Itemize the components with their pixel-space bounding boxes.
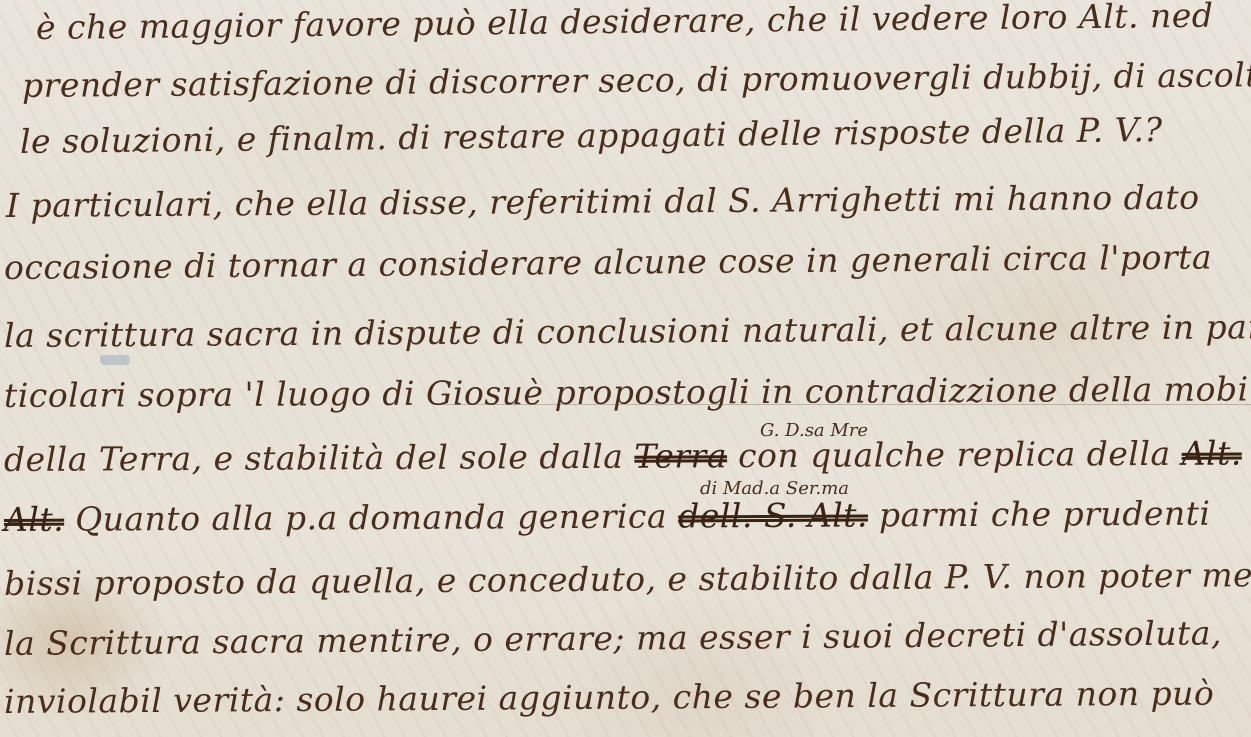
manuscript-line-11: la Scrittura sacra mentire, o errare; ma… bbox=[4, 613, 1222, 663]
struck-word: Alt. bbox=[1182, 434, 1242, 473]
paper-stain bbox=[100, 355, 130, 365]
manuscript-line-7: ticolari sopra 'l luogo di Giosuè propos… bbox=[4, 369, 1249, 415]
manuscript-line-8: della Terra, e stabilità del sole dalla … bbox=[4, 434, 1242, 479]
line8-text: della Terra, e stabilità del sole dalla bbox=[4, 437, 624, 479]
interlinear-insertion-1: G. D.sa Mre bbox=[760, 420, 868, 441]
struck-word: Terra bbox=[634, 436, 727, 475]
manuscript-line-5: occasione di tornar a considerare alcune… bbox=[4, 237, 1212, 287]
manuscript-line-6: la scrittura sacra in dispute di conclus… bbox=[4, 307, 1251, 355]
struck-word: Alt. bbox=[4, 500, 64, 539]
line9-text: Quanto alla p.a domanda generica bbox=[75, 497, 667, 539]
manuscript-line-1: è che maggior favore può ella desiderare… bbox=[36, 0, 1214, 47]
line9-tail: parmi che prudenti bbox=[879, 494, 1211, 535]
manuscript-line-2: prender satisfazione di discorrer seco, … bbox=[22, 55, 1251, 105]
manuscript-page: è che maggior favore può ella desiderare… bbox=[0, 0, 1251, 737]
manuscript-line-9: Alt. Quanto alla p.a domanda generica de… bbox=[4, 494, 1211, 539]
struck-phrase: dell. S. Alt. bbox=[678, 495, 868, 535]
manuscript-line-3: le soluzioni, e finalm. di restare appag… bbox=[20, 110, 1163, 161]
manuscript-line-10: bissi proposto da quella, e conceduto, e… bbox=[4, 555, 1251, 603]
manuscript-line-4: I particulari, che ella disse, referitim… bbox=[6, 178, 1200, 225]
manuscript-line-12: inviolabil verità: solo haurei aggiunto,… bbox=[4, 674, 1215, 721]
